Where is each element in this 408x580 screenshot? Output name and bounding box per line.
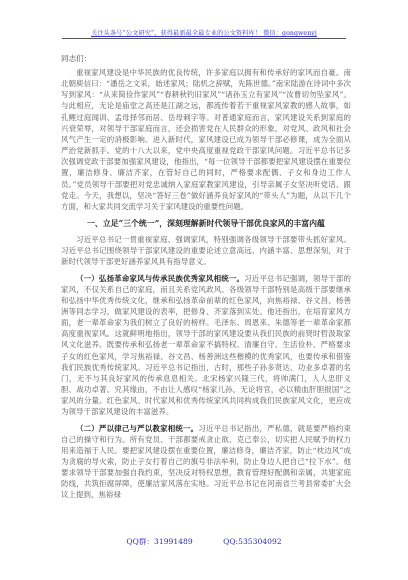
subsection-1: （一）弘扬革命家风与传承民族优秀家风相统一。习近平总书记强调，领导干部的家风，不… [61,273,351,418]
subsection-2-text: 习近平总书记指出，严私德，就是要严格约束自己的操守和行为。所有党员、干部都要戒贪… [61,424,351,500]
section-intro: 习近平总书记一贯重视家庭、强调家风，特别强调各级领导干部要带头抓好家风。习近平总… [61,234,351,267]
subsection-2-title: （二）严以律己与严以教家相统一。 [76,424,198,433]
intro-paragraph: 重视家风建设是中华民族的优良传统，许多家庭以拥有和传承好的家风而自豪。南北朝庾信… [61,67,351,212]
footer-contact: QQ群：31991489 QQ:535304092 [0,536,408,547]
subsection-1-title: （一）弘扬革命家风与传承民族优秀家风相统一。 [76,274,244,283]
qq-group: QQ群：31991489 [126,537,192,546]
document-body: 同志们： 重视家风建设是中华民族的优良传统，许多家庭以拥有和传承好的家风而自豪。… [61,53,351,501]
subsection-2: （二）严以律己与严以教家相统一。习近平总书记指出，严私德，就是要严格约束自己的操… [61,423,351,501]
greeting: 同志们： [61,53,351,64]
subsection-1-text: 习近平总书记强调，领导干部的家风，不仅关系自己的家庭，而且关系党风政风。各级领导… [61,274,351,417]
section-heading: 一、立足“三个统一”，深刻理解新时代领导干部优良家风的丰富内蕴 [61,218,351,230]
qq-number: QQ:535304092 [223,537,282,546]
header-banner-link[interactable]: 关注头条号“公文研究”，获得最新最全最专业的公文资料库！ 微信：gongweny… [62,28,346,39]
document-page: 关注头条号“公文研究”，获得最新最全最专业的公文资料库！ 微信：gongweny… [0,0,408,580]
